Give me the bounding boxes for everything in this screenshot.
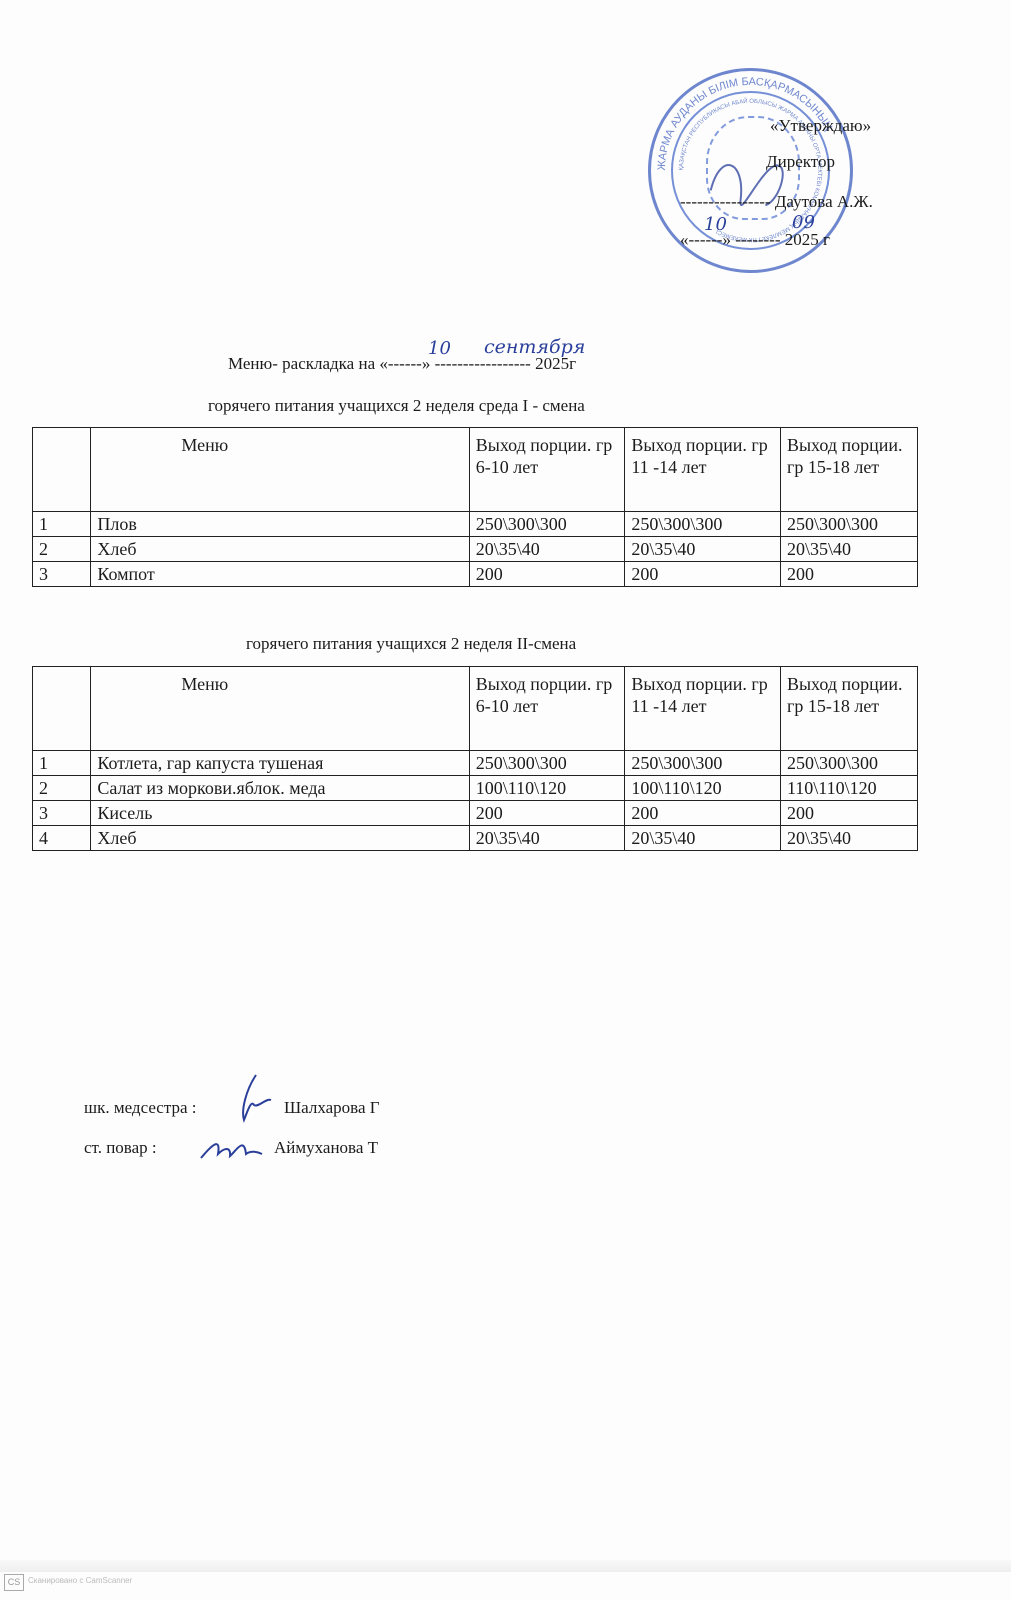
header-age-6-10: Выход порции. гр 6-10 лет <box>469 428 625 512</box>
menu-table-shift-1: Меню Выход порции. гр 6-10 лет Выход пор… <box>32 427 918 587</box>
header-menu: Меню <box>91 667 469 751</box>
handwritten-day: 10 <box>704 214 727 235</box>
row-portion-15-18: 20\35\40 <box>780 826 917 851</box>
cook-signature-role: ст. повар : <box>84 1138 157 1158</box>
subtitle-shift-2: горячего питания учащихся 2 неделя II-см… <box>246 634 576 654</box>
table-row: 1 Плов 250\300\300 250\300\300 250\300\3… <box>33 512 918 537</box>
header-age-11-14: Выход порции. гр 11 -14 лет <box>625 428 781 512</box>
nurse-signature-role: шк. медсестра : <box>84 1098 197 1118</box>
row-portion-15-18: 250\300\300 <box>780 512 917 537</box>
row-num: 4 <box>33 826 91 851</box>
row-portion-11-14: 20\35\40 <box>625 537 781 562</box>
row-portion-6-10: 250\300\300 <box>469 512 625 537</box>
row-portion-15-18: 20\35\40 <box>780 537 917 562</box>
row-portion-6-10: 250\300\300 <box>469 751 625 776</box>
row-num: 2 <box>33 537 91 562</box>
row-portion-11-14: 100\110\120 <box>625 776 781 801</box>
header-age-15-18: Выход порции. гр 15-18 лет <box>780 667 917 751</box>
row-portion-6-10: 200 <box>469 801 625 826</box>
row-dish: Хлеб <box>91 537 469 562</box>
row-portion-6-10: 200 <box>469 562 625 587</box>
director-label: Директор <box>766 146 835 178</box>
row-dish: Кисель <box>91 801 469 826</box>
row-num: 3 <box>33 562 91 587</box>
row-dish: Плов <box>91 512 469 537</box>
handwritten-month: 09 <box>792 212 815 233</box>
menu-table-shift-2: Меню Выход порции. гр 6-10 лет Выход пор… <box>32 666 918 851</box>
row-portion-11-14: 20\35\40 <box>625 826 781 851</box>
scan-artifact <box>0 1560 1011 1572</box>
table-row: 3 Компот 200 200 200 <box>33 562 918 587</box>
row-portion-15-18: 200 <box>780 801 917 826</box>
nurse-signature-icon <box>226 1070 276 1125</box>
table-row: 1 Котлета, гар капуста тушеная 250\300\3… <box>33 751 918 776</box>
table-header-row: Меню Выход порции. гр 6-10 лет Выход пор… <box>33 667 918 751</box>
row-num: 2 <box>33 776 91 801</box>
row-dish: Котлета, гар капуста тушеная <box>91 751 469 776</box>
header-age-11-14: Выход порции. гр 11 -14 лет <box>625 667 781 751</box>
header-age-6-10: Выход порции. гр 6-10 лет <box>469 667 625 751</box>
title-handwritten-day: 10 <box>428 338 451 359</box>
table-row: 4 Хлеб 20\35\40 20\35\40 20\35\40 <box>33 826 918 851</box>
table-row: 2 Салат из моркови.яблок. меда 100\110\1… <box>33 776 918 801</box>
header-num <box>33 428 91 512</box>
row-portion-11-14: 200 <box>625 562 781 587</box>
row-dish: Компот <box>91 562 469 587</box>
header-menu: Меню <box>91 428 469 512</box>
approval-block: «Утверждаю» <box>770 110 871 142</box>
camscanner-logo-icon: CS <box>4 1574 24 1591</box>
row-portion-11-14: 200 <box>625 801 781 826</box>
row-num: 1 <box>33 751 91 776</box>
row-portion-6-10: 20\35\40 <box>469 537 625 562</box>
title-handwritten-month: сентября <box>484 336 585 358</box>
row-portion-15-18: 200 <box>780 562 917 587</box>
camscanner-text: Сканировано с CamScanner <box>28 1576 132 1585</box>
approve-label: «Утверждаю» <box>770 110 871 142</box>
row-num: 3 <box>33 801 91 826</box>
header-num <box>33 667 91 751</box>
table-header-row: Меню Выход порции. гр 6-10 лет Выход пор… <box>33 428 918 512</box>
header-age-15-18: Выход порции. гр 15-18 лет <box>780 428 917 512</box>
nurse-name: Шалхарова Г <box>284 1098 380 1118</box>
row-dish: Хлеб <box>91 826 469 851</box>
row-num: 1 <box>33 512 91 537</box>
row-portion-6-10: 20\35\40 <box>469 826 625 851</box>
table-row: 3 Кисель 200 200 200 <box>33 801 918 826</box>
row-portion-11-14: 250\300\300 <box>625 751 781 776</box>
cook-name: Аймуханова Т <box>274 1138 378 1158</box>
row-dish: Салат из моркови.яблок. меда <box>91 776 469 801</box>
subtitle-shift-1: горячего питания учащихся 2 неделя среда… <box>208 396 585 416</box>
cook-signature-icon <box>196 1126 266 1166</box>
row-portion-15-18: 110\110\120 <box>780 776 917 801</box>
table-row: 2 Хлеб 20\35\40 20\35\40 20\35\40 <box>33 537 918 562</box>
row-portion-15-18: 250\300\300 <box>780 751 917 776</box>
row-portion-11-14: 250\300\300 <box>625 512 781 537</box>
row-portion-6-10: 100\110\120 <box>469 776 625 801</box>
